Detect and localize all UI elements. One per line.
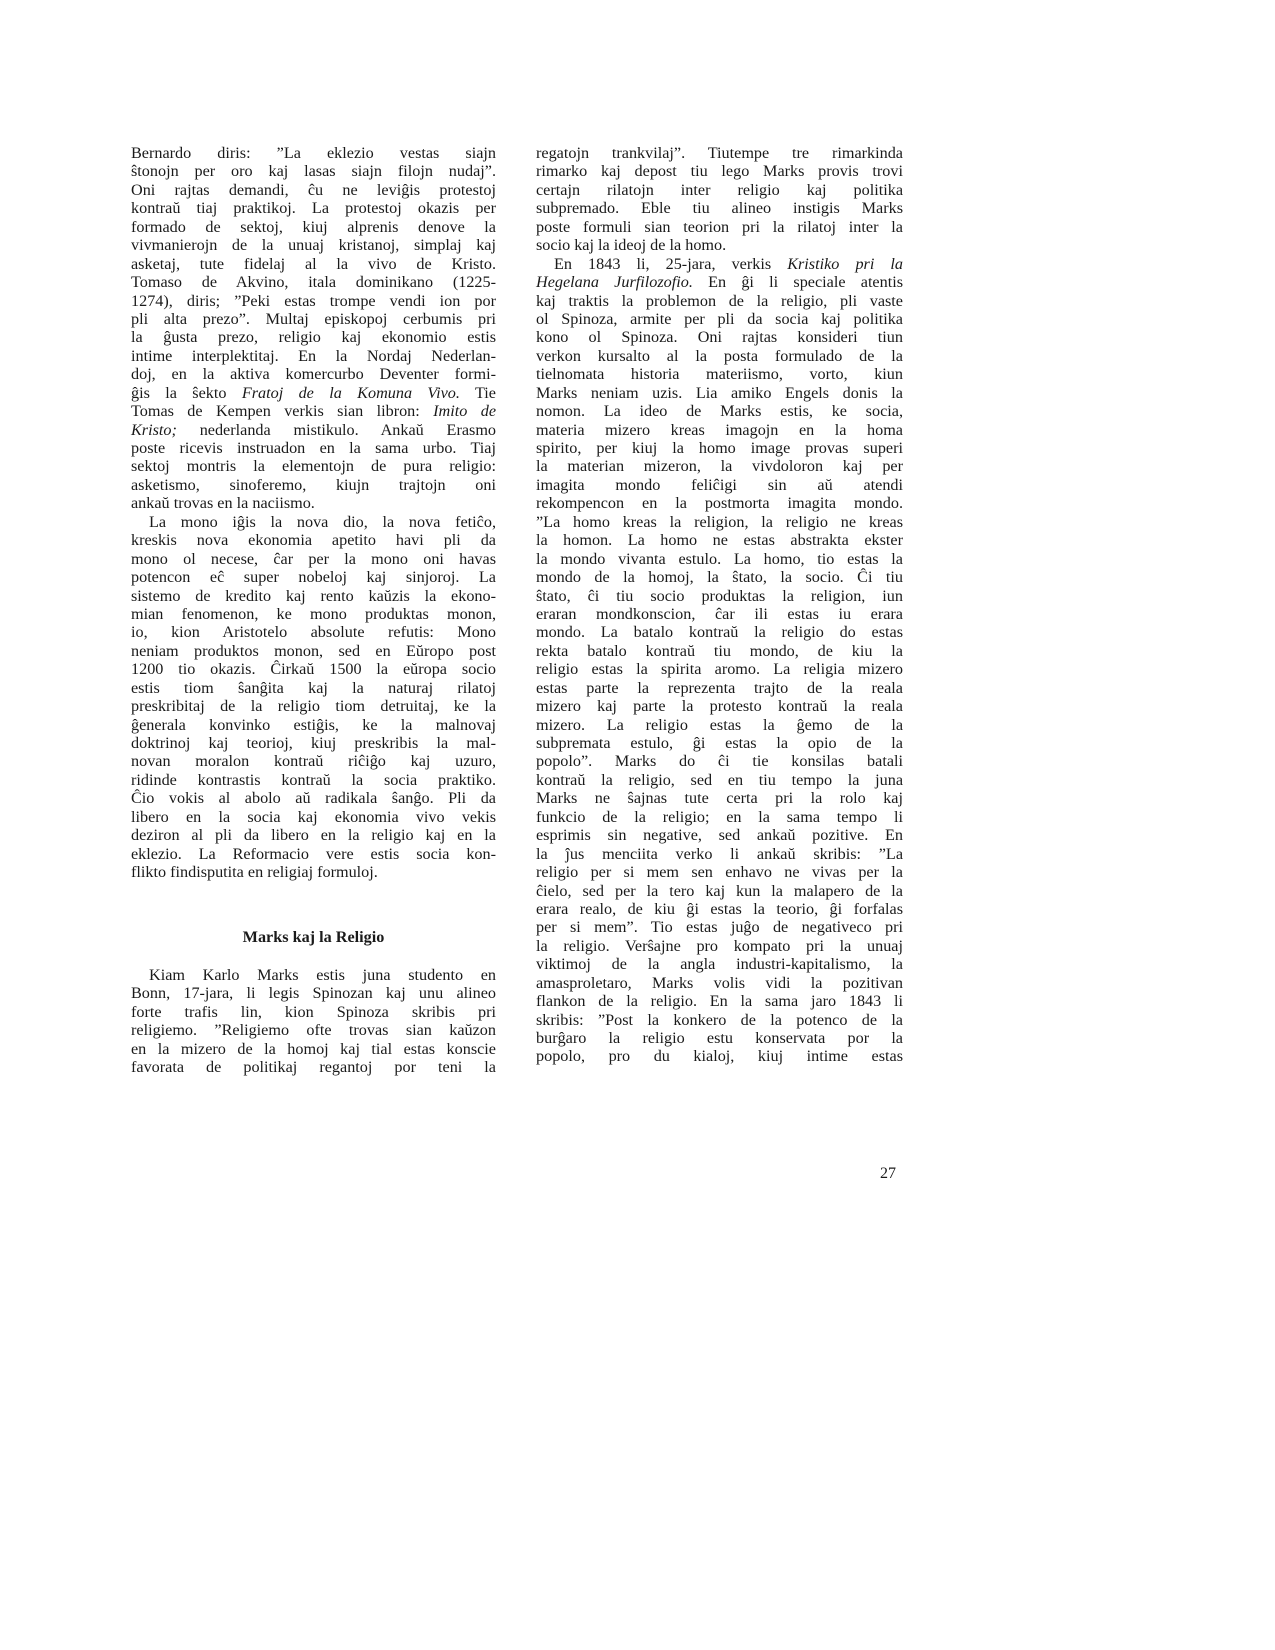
text-line: Ĉio vokis al abolo aŭ radikala ŝanĝo. Pl… bbox=[131, 789, 496, 807]
text-line: kreskis nova ekonomia apetito havi pli d… bbox=[131, 531, 496, 549]
text-line: io, kion Aristotelo absolute refutis: Mo… bbox=[131, 623, 496, 641]
text-line: ŝtonojn per oro kaj lasas siajn filojn n… bbox=[131, 162, 496, 180]
text-line: rekompencon en la postmorta imagita mond… bbox=[536, 494, 903, 512]
text-line: subpremata estulo, ĝi estas la opio de l… bbox=[536, 734, 903, 752]
text-line: la religio. Verŝajne pro kompato pri la … bbox=[536, 937, 903, 955]
text-line: en la mizero de la homoj kaj tial estas … bbox=[131, 1040, 496, 1058]
text-line: kontraŭ tiaj praktikoj. La protestoj oka… bbox=[131, 199, 496, 217]
text-line: religiemo. ”Religiemo ofte trovas sian k… bbox=[131, 1021, 496, 1039]
text-line: vivmanierojn de la unuaj kristanoj, simp… bbox=[131, 236, 496, 254]
text-line: ĝenerala konvinko estiĝis, ke la malnova… bbox=[131, 716, 496, 734]
text-line: verkon kursalto al la posta formulado de… bbox=[536, 347, 903, 365]
text-line: esprimis sin negative, sed ankaŭ pozitiv… bbox=[536, 826, 903, 844]
text-line: mizero kaj parte la protesto kontraŭ la … bbox=[536, 697, 903, 715]
text-line: forte trafis lin, kion Spinoza skribis p… bbox=[131, 1003, 496, 1021]
paragraph-5: En 1843 li, 25-jara, verkis Kristiko pri… bbox=[536, 255, 903, 1066]
text-line: sektoj montris la elementojn de pura rel… bbox=[131, 457, 496, 475]
text-line: ĉielo, sed per la tero kaj kun la malape… bbox=[536, 882, 903, 900]
text-line: popolo, pro du kialoj, kiuj intime estas bbox=[536, 1047, 903, 1065]
text-run: En ĝi li speciale atentis bbox=[693, 273, 903, 291]
text-line: mono ol necese, ĉar per la mono oni hava… bbox=[131, 550, 496, 568]
text-line: ŝtato, ĉi tiu socio produktas la religio… bbox=[536, 587, 903, 605]
text-line: formado de sektoj, kiuj alprenis denove … bbox=[131, 218, 496, 236]
paragraph-4: regatojn trankvilaj”. Tiutempe tre rimar… bbox=[536, 144, 903, 255]
text-line: spirito, per kiuj la homo image provas s… bbox=[536, 439, 903, 457]
italic-title: Hegelana Jurfilozofio. bbox=[536, 273, 693, 291]
italic-title: Kristo; bbox=[131, 421, 177, 439]
text-line: kontraŭ la religio, sed en tiu tempo la … bbox=[536, 771, 903, 789]
text-line: la materian mizeron, la vivdoloron kaj p… bbox=[536, 457, 903, 475]
text-line: kono ol Spinoza. Oni rajtas konsideri ti… bbox=[536, 328, 903, 346]
text-line: deziron al pli da libero en la religio k… bbox=[131, 826, 496, 844]
paragraph-1: Bernardo diris: ”La eklezio vestas siajn… bbox=[131, 144, 496, 513]
text-line: ankaŭ trovas en la naciismo. bbox=[131, 494, 496, 512]
text-line: neniam produktos monon, sed en Eŭropo po… bbox=[131, 642, 496, 660]
text-line: erara realo, de kiu ĝi estas la teorio, … bbox=[536, 900, 903, 918]
page-number: 27 bbox=[880, 1165, 896, 1183]
text-line: kaj traktis la problemon de la religio, … bbox=[536, 292, 903, 310]
text-line: estis tiom ŝanĝita kaj la naturaj rilato… bbox=[131, 679, 496, 697]
text-line: tielnomata historia materiismo, vorto, k… bbox=[536, 365, 903, 383]
italic-title: Fratoj de la Komuna Vivo. bbox=[242, 384, 460, 402]
text-line: flankon de la religio. En la sama jaro 1… bbox=[536, 992, 903, 1010]
text-run: En 1843 li, 25-jara, verkis bbox=[554, 255, 787, 273]
text-line: religio estas la spirita aromo. La relig… bbox=[536, 660, 903, 678]
text-line: potencon eĉ super nobeloj kaj sinjoroj. … bbox=[131, 568, 496, 586]
text-line: ol Spinoza, armite per pli da socia kaj … bbox=[536, 310, 903, 328]
text-line: mondo de la homoj, la ŝtato, la socio. Ĉ… bbox=[536, 568, 903, 586]
text-line: la homon. La homo ne estas abstrakta eks… bbox=[536, 531, 903, 549]
text-line: estas parte la reprezenta trajto de la r… bbox=[536, 679, 903, 697]
text-line: materia mizero kreas imagojn en la homa bbox=[536, 421, 903, 439]
text-line: libero en la socia kaj ekonomia vivo vek… bbox=[131, 808, 496, 826]
text-line: religio per si mem sen enhavo ne vivas p… bbox=[536, 863, 903, 881]
text-line: eklezio. La Reformacio vere estis socia … bbox=[131, 845, 496, 863]
text-line: la ĵus menciita verko li ankaŭ skribis: … bbox=[536, 845, 903, 863]
text-line: sistemo de kredito kaj rento kaŭzis la e… bbox=[131, 587, 496, 605]
italic-title: Kristiko pri la bbox=[787, 255, 903, 273]
text-line: Bernardo diris: ”La eklezio vestas siajn bbox=[131, 144, 496, 162]
text-line: 1200 tio okazis. Ĉirkaŭ 1500 la eŭropa s… bbox=[131, 660, 496, 678]
text-line: regatojn trankvilaj”. Tiutempe tre rimar… bbox=[536, 144, 903, 162]
text-line: poste formuli sian teorion pri la rilato… bbox=[536, 218, 903, 236]
spacer bbox=[131, 882, 496, 928]
text-line: Oni rajtas demandi, ĉu ne leviĝis protes… bbox=[131, 181, 496, 199]
paragraph-2: La mono iĝis la nova dio, la nova fetiĉo… bbox=[131, 513, 496, 882]
text-line: Tomaso de Akvino, itala dominikano (1225… bbox=[131, 273, 496, 291]
section-heading: Marks kaj la Religio bbox=[131, 928, 496, 946]
text-line: 1274), diris; ”Peki estas trompe vendi i… bbox=[131, 292, 496, 310]
text-line: eraran mondkonscion, ĉar ili estas iu er… bbox=[536, 605, 903, 623]
text-line: viktimoj de la angla industri-kapitalism… bbox=[536, 955, 903, 973]
paragraph-3: Kiam Karlo Marks estis juna studento en … bbox=[131, 966, 496, 1077]
text-line: doj, en la aktiva komercurbo Deventer fo… bbox=[131, 365, 496, 383]
text-line: Hegelana Jurfilozofio. En ĝi li speciale… bbox=[536, 273, 903, 291]
text-line: certajn rilatojn inter religio kaj polit… bbox=[536, 181, 903, 199]
text-line: Marks ne ŝajnas tute certa pri la rolo k… bbox=[536, 789, 903, 807]
text-line: la mondo vivanta estulo. La homo, tio es… bbox=[536, 550, 903, 568]
text-line: funkcio de la religio; en la sama tempo … bbox=[536, 808, 903, 826]
text-line: preskribitaj de la religio tiom detruita… bbox=[131, 697, 496, 715]
text-line: novan moralon kontraŭ riĉiĝo kaj uzuro, bbox=[131, 752, 496, 770]
text-line: mian fenomenon, ke mono produktas monon, bbox=[131, 605, 496, 623]
text-run: ĝis la ŝekto bbox=[131, 384, 242, 402]
text-run: nederlanda mistikulo. Ankaŭ Erasmo bbox=[177, 421, 496, 439]
text-line: per si mem”. Tio estas juĝo de negativec… bbox=[536, 918, 903, 936]
right-column: regatojn trankvilaj”. Tiutempe tre rimar… bbox=[536, 144, 903, 1066]
text-line: intime interplektitaj. En la Nordaj Nede… bbox=[131, 347, 496, 365]
text-run: Tie bbox=[460, 384, 496, 402]
text-line: poste ricevis instruadon en la sama urbo… bbox=[131, 439, 496, 457]
text-line: Bonn, 17-jara, li legis Spinozan kaj unu… bbox=[131, 984, 496, 1002]
text-line: rekta batalo kontraŭ tiu mondo, de kiu l… bbox=[536, 642, 903, 660]
text-line: Tomas de Kempen verkis sian libron: Imit… bbox=[131, 402, 496, 420]
text-line: burĝaro la religio estu konservata por l… bbox=[536, 1029, 903, 1047]
text-line: skribis: ”Post la konkero de la potenco … bbox=[536, 1011, 903, 1029]
text-line: la ĝusta prezo, religio kaj ekonomio est… bbox=[131, 328, 496, 346]
text-line: nomon. La ideo de Marks estis, ke socia, bbox=[536, 402, 903, 420]
text-line: ”La homo kreas la religion, la religio n… bbox=[536, 513, 903, 531]
text-line: rimarko kaj depost tiu lego Marks provis… bbox=[536, 162, 903, 180]
left-column: Bernardo diris: ”La eklezio vestas siajn… bbox=[131, 144, 496, 1077]
text-line: asketismo, sinoferemo, kiujn trajtojn on… bbox=[131, 476, 496, 494]
text-line: popolo”. Marks do ĉi tie konsilas batali bbox=[536, 752, 903, 770]
text-run: Tomas de Kempen verkis sian libron: bbox=[131, 402, 433, 420]
text-line: doktrinoj kaj teorioj, kiuj preskribis l… bbox=[131, 734, 496, 752]
text-line: ridinde kontrastis kontraŭ la socia prak… bbox=[131, 771, 496, 789]
italic-title: Imito de bbox=[433, 402, 496, 420]
text-line: Marks neniam uzis. Lia amiko Engels doni… bbox=[536, 384, 903, 402]
text-line: mondo. La batalo kontraŭ la religio do e… bbox=[536, 623, 903, 641]
spacer bbox=[131, 946, 496, 966]
text-line: ĝis la ŝekto Fratoj de la Komuna Vivo. T… bbox=[131, 384, 496, 402]
document-page: Bernardo diris: ”La eklezio vestas siajn… bbox=[0, 0, 1275, 1650]
text-line: En 1843 li, 25-jara, verkis Kristiko pri… bbox=[536, 255, 903, 273]
text-line: amasproletaro, Marks volis vidi la pozit… bbox=[536, 974, 903, 992]
text-line: socio kaj la ideoj de la homo. bbox=[536, 236, 903, 254]
text-line: Kristo; nederlanda mistikulo. Ankaŭ Eras… bbox=[131, 421, 496, 439]
text-line: Kiam Karlo Marks estis juna studento en bbox=[131, 966, 496, 984]
text-line: subpremado. Eble tiu alineo instigis Mar… bbox=[536, 199, 903, 217]
text-line: asketaj, tute fidelaj al la vivo de Kris… bbox=[131, 255, 496, 273]
text-line: mizero. La religio estas la ĝemo de la bbox=[536, 716, 903, 734]
text-line: flikto findisputita en religiaj formuloj… bbox=[131, 863, 496, 881]
text-line: La mono iĝis la nova dio, la nova fetiĉo… bbox=[131, 513, 496, 531]
text-line: pli alta prezo”. Multaj episkopoj cerbum… bbox=[131, 310, 496, 328]
text-line: imagita mondo feliĉigi sin aŭ atendi bbox=[536, 476, 903, 494]
text-line: favorata de politikaj regantoj por teni … bbox=[131, 1058, 496, 1076]
